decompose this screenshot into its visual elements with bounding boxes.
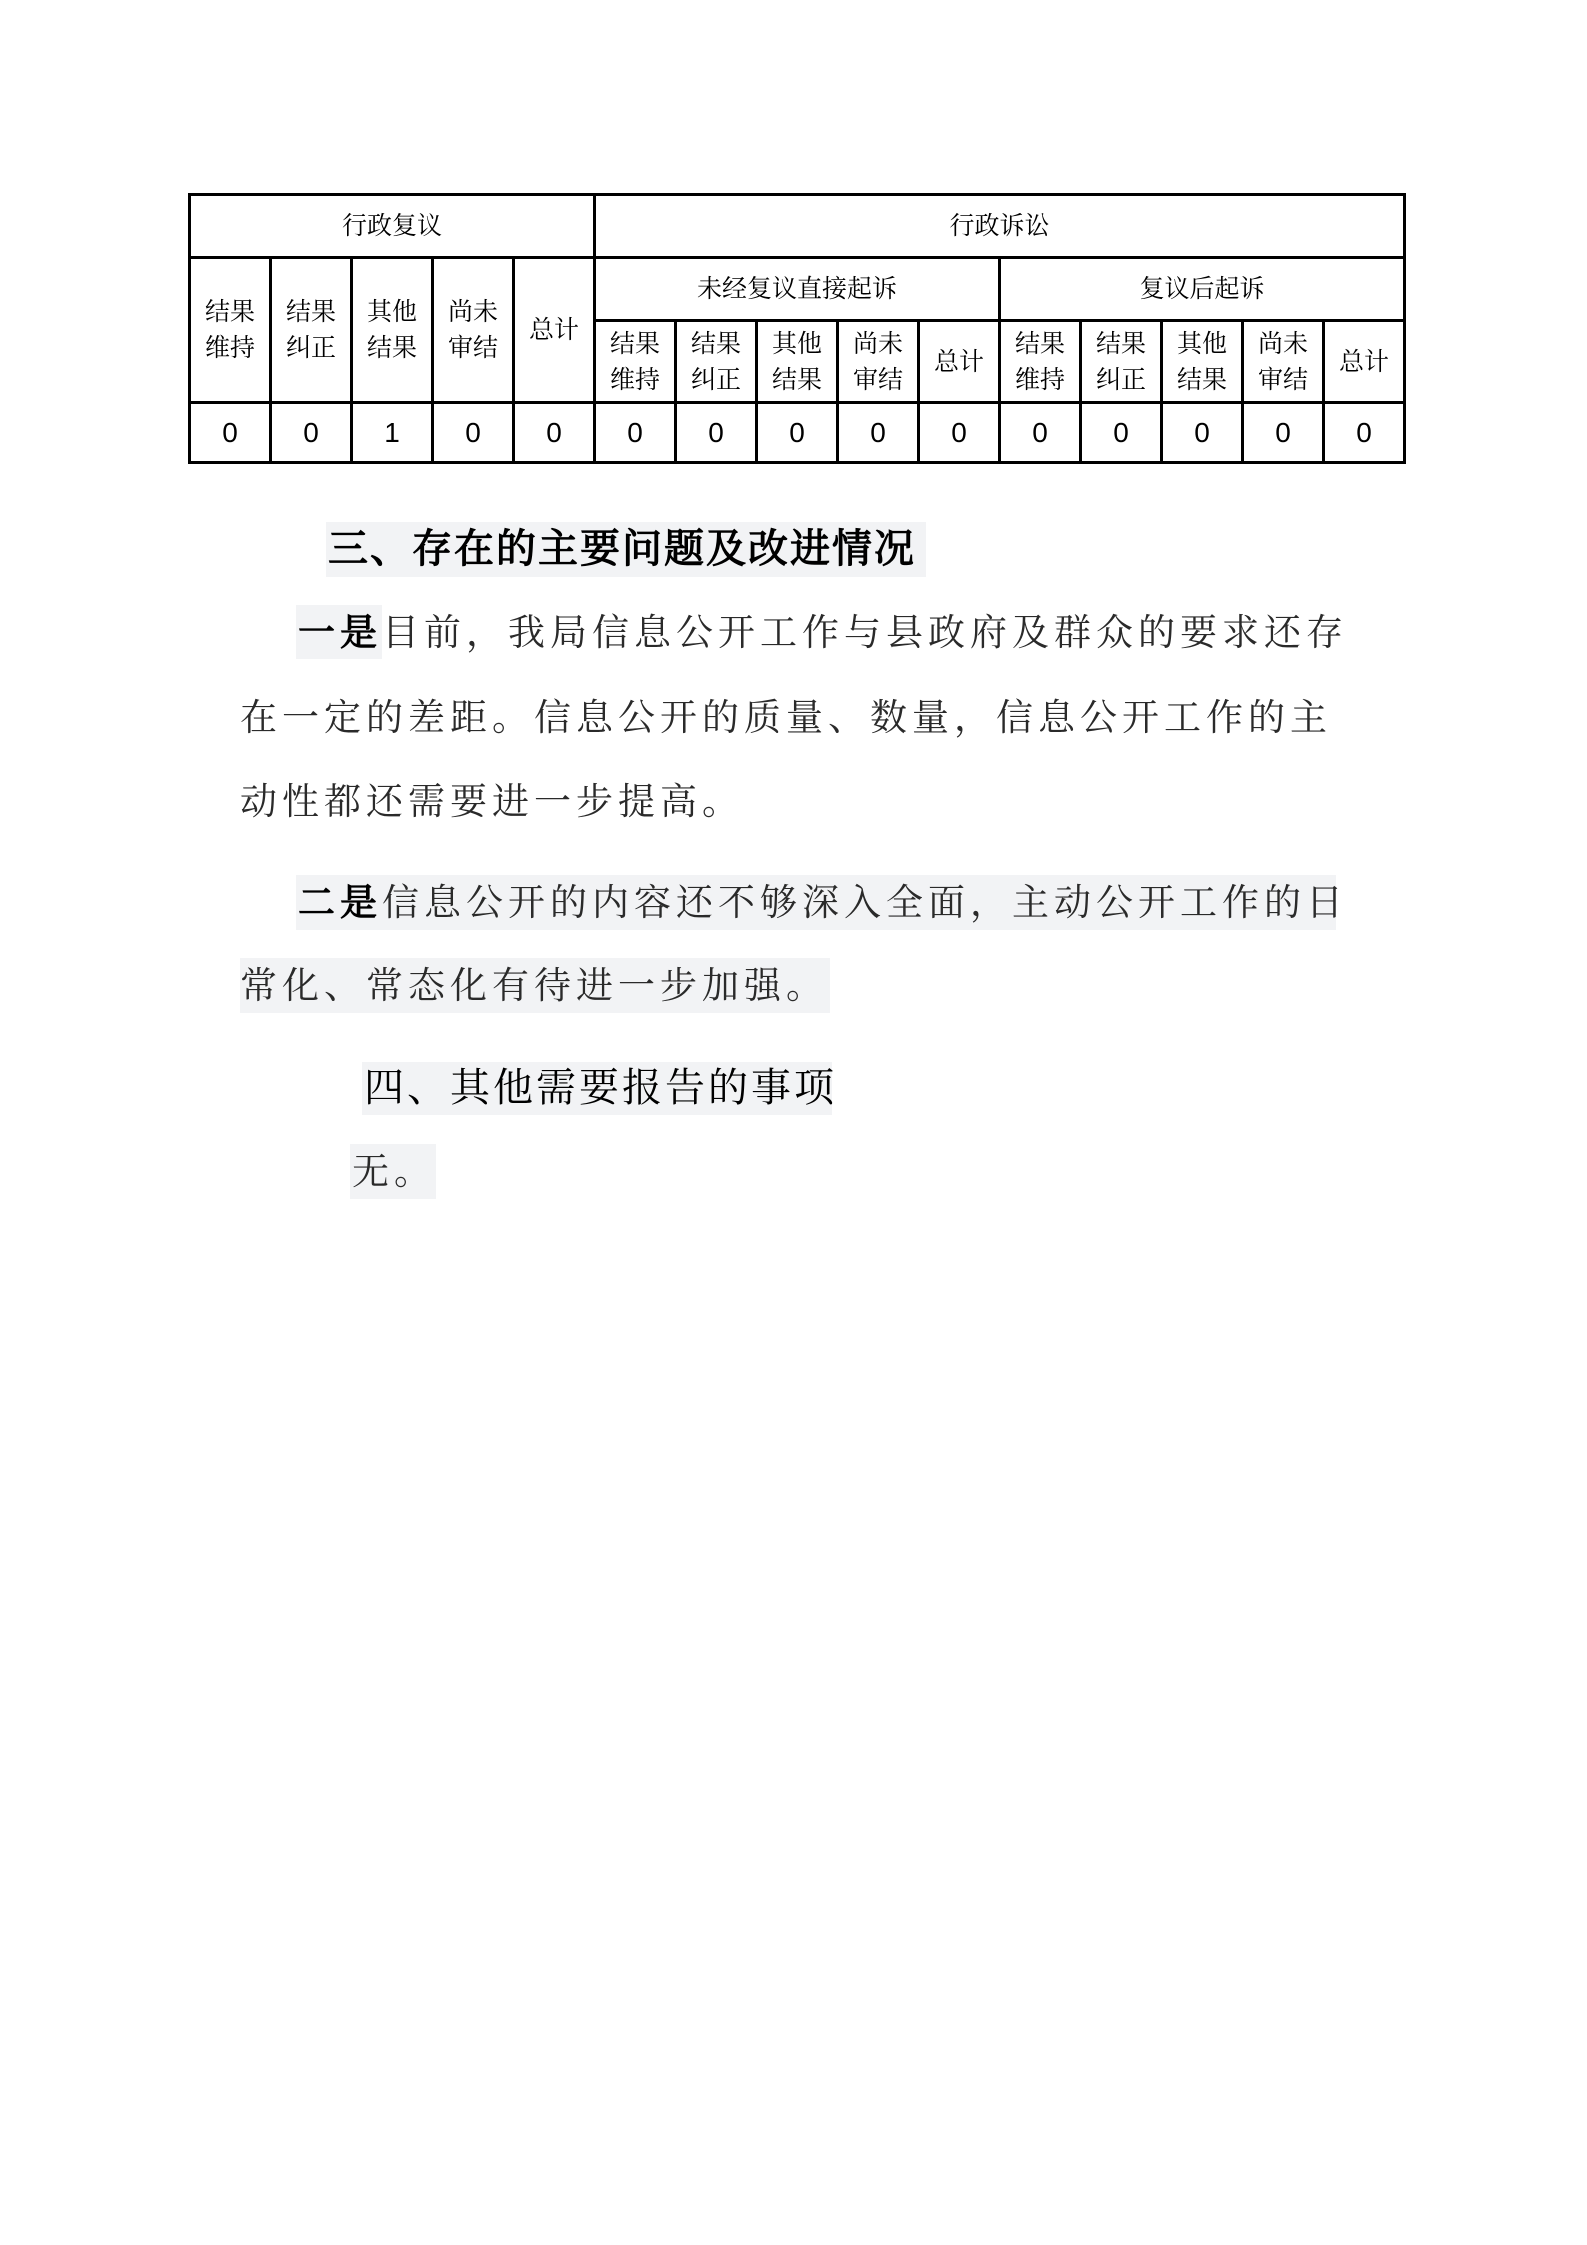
header-suit-after-review: 复议后起诉 — [1000, 258, 1405, 321]
table-row: 0 0 1 0 0 0 0 0 0 0 0 0 0 0 0 — [190, 403, 1405, 463]
review-litigation-table: 行政复议 行政诉讼 结果维持 结果纠正 其他结果 尚未审结 总计 未经复议直接起… — [188, 193, 1406, 464]
section-3-heading: 三、存在的主要问题及改进情况 — [328, 522, 916, 577]
section-4-heading: 四、其他需要报告的事项 — [364, 1061, 837, 1116]
col-review-corrected: 结果纠正 — [271, 258, 352, 403]
col-direct-total: 总计 — [919, 321, 1000, 403]
cell-direct-corrected: 0 — [676, 403, 757, 463]
para2-lead: 二是 — [298, 881, 382, 924]
col-after-total: 总计 — [1324, 321, 1405, 403]
cell-after-total: 0 — [1324, 403, 1405, 463]
header-administrative-review: 行政复议 — [190, 195, 595, 258]
col-direct-pending: 尚未审结 — [838, 321, 919, 403]
cell-after-pending: 0 — [1243, 403, 1324, 463]
col-direct-upheld: 结果维持 — [595, 321, 676, 403]
para2-line1: 二是信息公开的内容还不够深入全面，主动公开工作的日 — [298, 875, 1348, 930]
section-4-body: 无。 — [352, 1144, 436, 1199]
cell-direct-pending: 0 — [838, 403, 919, 463]
col-direct-other: 其他结果 — [757, 321, 838, 403]
cell-direct-upheld: 0 — [595, 403, 676, 463]
cell-direct-other: 0 — [757, 403, 838, 463]
para2-line2: 常化、常态化有待进一步加强。 — [240, 958, 828, 1013]
col-direct-corrected: 结果纠正 — [676, 321, 757, 403]
cell-review-pending: 0 — [433, 403, 514, 463]
cell-review-corrected: 0 — [271, 403, 352, 463]
para1-line2: 在一定的差距。信息公开的质量、数量，信息公开工作的主 — [240, 690, 1332, 745]
col-review-upheld: 结果维持 — [190, 258, 271, 403]
para1-lead: 一是 — [298, 611, 382, 654]
para1-line1: 一是目前，我局信息公开工作与县政府及群众的要求还存 — [298, 605, 1348, 660]
cell-after-upheld: 0 — [1000, 403, 1081, 463]
cell-direct-total: 0 — [919, 403, 1000, 463]
col-after-pending: 尚未审结 — [1243, 321, 1324, 403]
para1-line3: 动性都还需要进一步提高。 — [240, 774, 744, 829]
header-administrative-litigation: 行政诉讼 — [595, 195, 1405, 258]
cell-after-other: 0 — [1162, 403, 1243, 463]
col-after-other: 其他结果 — [1162, 321, 1243, 403]
cell-review-other: 1 — [352, 403, 433, 463]
cell-review-total: 0 — [514, 403, 595, 463]
col-after-corrected: 结果纠正 — [1081, 321, 1162, 403]
col-review-total: 总计 — [514, 258, 595, 403]
col-review-other: 其他结果 — [352, 258, 433, 403]
col-after-upheld: 结果维持 — [1000, 321, 1081, 403]
cell-after-corrected: 0 — [1081, 403, 1162, 463]
cell-review-upheld: 0 — [190, 403, 271, 463]
col-review-pending: 尚未审结 — [433, 258, 514, 403]
header-direct-suit: 未经复议直接起诉 — [595, 258, 1000, 321]
